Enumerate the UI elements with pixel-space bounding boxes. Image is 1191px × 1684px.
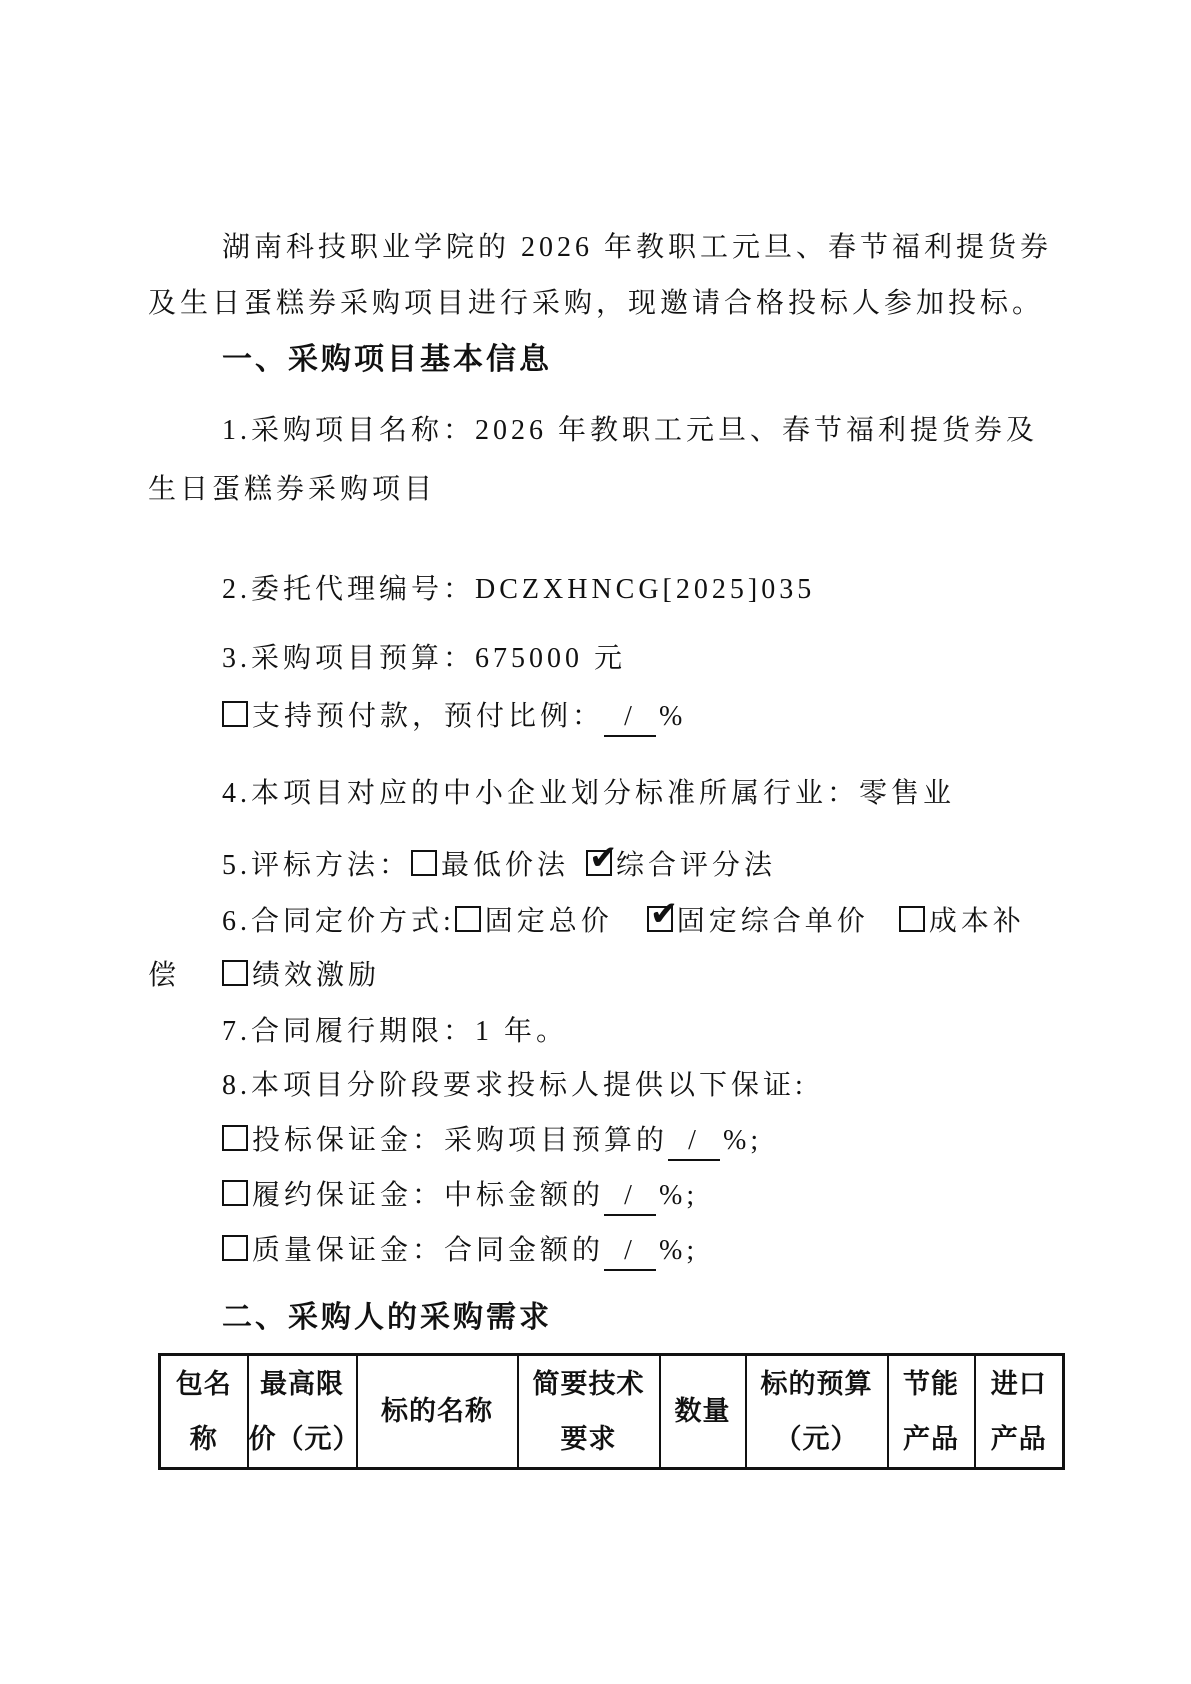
table-header-package-name: 包名 称 — [160, 1355, 248, 1469]
prepayment-unit: % — [659, 701, 686, 732]
pricing-option-performance: 绩效激励 — [252, 960, 380, 991]
bid-guarantee-label: 投标保证金：采购项目预算的 — [252, 1125, 668, 1156]
pricing-option-cost-comp-part2: 偿 — [148, 960, 180, 991]
quality-guarantee-unit: %; — [659, 1235, 698, 1266]
prepayment-label: 支持预付款，预付比例： — [252, 701, 604, 732]
document-page: 湖南科技职业学院的 2026 年教职工元旦、春节福利提货券 及生日蛋糕券采购项目… — [0, 0, 1191, 1684]
table-header-quantity: 数量 — [660, 1355, 746, 1469]
evaluation-method-line: 5.评标方法：最低价法综合评分法 — [148, 846, 1191, 886]
performance-guarantee-unit: %; — [659, 1180, 698, 1211]
checkbox-unchecked-icon[interactable] — [899, 906, 925, 932]
intro-paragraph-line1: 湖南科技职业学院的 2026 年教职工元旦、春节福利提货券 — [148, 228, 1191, 268]
guarantee-intro-line: 8.本项目分阶段要求投标人提供以下保证: — [148, 1066, 1191, 1106]
pricing-method-line1: 6.合同定价方式:固定总价固定综合单价成本补 — [148, 902, 1191, 942]
pricing-method-label: 6.合同定价方式: — [222, 906, 455, 937]
checkbox-unchecked-icon[interactable] — [411, 850, 437, 876]
checkbox-checked-icon[interactable] — [647, 906, 673, 932]
performance-guarantee-blank: / — [604, 1180, 656, 1216]
table-header-max-price: 最高限 价（元） — [248, 1355, 357, 1469]
industry-line: 4.本项目对应的中小企业划分标准所属行业：零售业 — [148, 774, 1191, 814]
intro-paragraph-line2: 及生日蛋糕券采购项目进行采购，现邀请合格投标人参加投标。 — [148, 284, 1191, 324]
checkbox-unchecked-icon[interactable] — [455, 906, 481, 932]
procurement-demand-table: 包名 称 最高限 价（元） 标的名称 简要技术 要求 数量 标的预算 （元） 节… — [158, 1353, 1065, 1470]
performance-guarantee-line: 履约保证金：中标金额的/%; — [148, 1176, 1191, 1216]
table-header-row: 包名 称 最高限 价（元） 标的名称 简要技术 要求 数量 标的预算 （元） 节… — [160, 1355, 1064, 1469]
project-name-line1: 1.采购项目名称：2026 年教职工元旦、春节福利提货券及 — [148, 411, 1191, 451]
contract-term-line: 7.合同履行期限：1 年。 — [148, 1012, 1191, 1052]
pricing-option-fixed-unit: 固定综合单价 — [677, 906, 869, 937]
project-budget-line: 3.采购项目预算：675000 元 — [148, 639, 1191, 679]
quality-guarantee-label: 质量保证金：合同金额的 — [252, 1235, 604, 1266]
pricing-option-fixed-total: 固定总价 — [485, 906, 613, 937]
evaluation-option-lowest-price: 最低价法 — [441, 850, 569, 881]
pricing-method-line2: 偿绩效激励 — [148, 956, 1191, 996]
agency-number-line: 2.委托代理编号：DCZXHNCG[2025]035 — [148, 570, 1191, 610]
table-header-subject-name: 标的名称 — [357, 1355, 518, 1469]
evaluation-method-label: 5.评标方法： — [222, 850, 411, 881]
quality-guarantee-line: 质量保证金：合同金额的/%; — [148, 1231, 1191, 1271]
checkbox-checked-icon[interactable] — [586, 850, 612, 876]
bid-guarantee-line: 投标保证金：采购项目预算的/%; — [148, 1121, 1191, 1161]
performance-guarantee-label: 履约保证金：中标金额的 — [252, 1180, 604, 1211]
section-heading-demand: 二、采购人的采购需求 — [148, 1296, 1191, 1340]
checkbox-unchecked-icon[interactable] — [222, 1125, 248, 1151]
bid-guarantee-blank: / — [668, 1125, 720, 1161]
evaluation-option-comprehensive: 综合评分法 — [616, 850, 776, 881]
section-heading-basic-info: 一、采购项目基本信息 — [148, 338, 1191, 382]
table-header-tech-requirements: 简要技术 要求 — [518, 1355, 660, 1469]
quality-guarantee-blank: / — [604, 1235, 656, 1271]
table-header-imported: 进口 产品 — [975, 1355, 1064, 1469]
project-name-line2: 生日蛋糕券采购项目 — [148, 470, 1191, 510]
checkbox-unchecked-icon[interactable] — [222, 1180, 248, 1206]
table-header-energy-saving: 节能 产品 — [888, 1355, 975, 1469]
prepayment-ratio-blank: / — [604, 701, 656, 737]
bid-guarantee-unit: %; — [723, 1125, 762, 1156]
prepayment-line: 支持预付款，预付比例：/% — [148, 697, 1191, 737]
pricing-option-cost-comp-part1: 成本补 — [929, 906, 1025, 937]
checkbox-unchecked-icon[interactable] — [222, 1235, 248, 1261]
table-header-subject-budget: 标的预算 （元） — [746, 1355, 888, 1469]
checkbox-unchecked-icon[interactable] — [222, 960, 248, 986]
checkbox-unchecked-icon[interactable] — [222, 701, 248, 727]
